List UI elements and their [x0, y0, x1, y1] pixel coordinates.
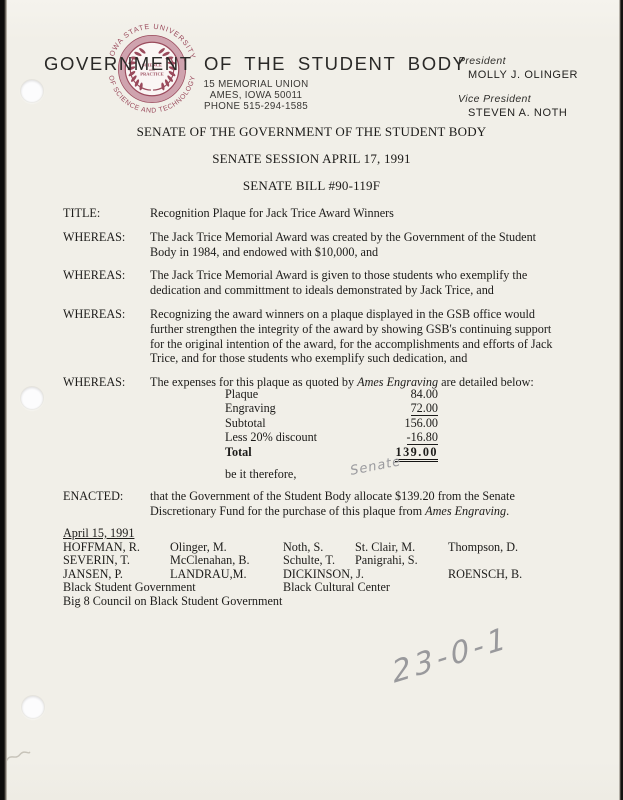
roll-call-name: [448, 554, 573, 568]
roll-call-name: McClenahan, B.: [170, 554, 283, 568]
clause-text-segment: Recognizing the award winners on a plaqu…: [150, 307, 553, 365]
scan-edge-right: [619, 0, 623, 800]
expense-label: Plaque: [225, 387, 258, 401]
expense-amount: 84.00: [411, 387, 438, 401]
roll-call-name: Noth, S.: [283, 541, 355, 555]
hole-punch: [22, 696, 44, 718]
roll-call-name: ROENSCH, B.: [448, 568, 573, 582]
clause-text-italic: Ames Engraving: [425, 504, 506, 518]
clause-text-segment: The Jack Trice Memorial Award was create…: [150, 230, 536, 259]
address-line: 15 MEMORIAL UNION: [190, 79, 322, 90]
clause-text: Recognizing the award winners on a plaqu…: [150, 307, 554, 366]
clause-row-whereas: WHEREAS: Recognizing the award winners o…: [63, 307, 559, 366]
clause-label: WHEREAS:: [63, 268, 150, 298]
president-name: MOLLY J. OLINGER: [468, 69, 578, 81]
enacted-clause: ENACTED: that the Government of the Stud…: [63, 489, 559, 519]
vice-president-name: STEVEN A. NOTH: [468, 107, 578, 119]
roll-call-name: LANDRAU,M.: [170, 568, 283, 582]
roll-call-org: Black Cultural Center: [283, 581, 573, 595]
clause-text: Recognition Plaque for Jack Trice Award …: [150, 206, 554, 221]
handwritten-vote-tally: 23-0-1: [390, 620, 512, 691]
clause-label: WHEREAS:: [63, 307, 150, 366]
clause-text: The Jack Trice Memorial Award was create…: [150, 230, 554, 260]
address-line: PHONE 515-294-1585: [190, 101, 322, 112]
expense-label: Subtotal: [225, 416, 266, 430]
clause-text-segment: are detailed below:: [438, 375, 534, 389]
roll-call-name: SEVERIN, T.: [63, 554, 170, 568]
expense-amount: 139.00: [395, 445, 438, 462]
doc-heading-bill-number: SENATE BILL #90-119F: [0, 178, 623, 194]
scan-edge-left: [0, 0, 7, 800]
expense-amount: 72.00: [411, 401, 438, 416]
clause-text: that the Government of the Student Body …: [150, 489, 554, 519]
roll-call-name: Schulte, T.: [283, 554, 355, 568]
clause-list: TITLE: Recognition Plaque for Jack Trice…: [63, 206, 559, 399]
clause-label: WHEREAS:: [63, 375, 150, 390]
vice-president-label: Vice President: [458, 93, 578, 105]
roll-call-org: Big 8 Council on Black Student Governmen…: [63, 595, 573, 609]
roll-call-name: [355, 568, 448, 582]
president-label: President: [458, 55, 578, 67]
pencil-squiggle-mark: [4, 748, 31, 764]
roll-call-name: Panigrahi, S.: [355, 554, 448, 568]
expense-amount: 156.00: [404, 416, 438, 430]
clause-label: WHEREAS:: [63, 230, 150, 260]
expense-row: Engraving 72.00: [225, 401, 438, 416]
roll-call-name: JANSEN, P.: [63, 568, 170, 582]
clause-row-whereas: WHEREAS: The Jack Trice Memorial Award i…: [63, 268, 559, 298]
organization-name: GOVERNMENT OF THE STUDENT BODY: [44, 53, 467, 75]
expense-row: Less 20% discount -16.80: [225, 430, 438, 445]
clause-text-segment: .: [506, 504, 509, 518]
clause-text: The Jack Trice Memorial Award is given t…: [150, 268, 554, 298]
hole-punch: [21, 80, 43, 102]
clause-label: TITLE:: [63, 206, 150, 221]
expense-amount: -16.80: [407, 430, 438, 445]
clause-label: ENACTED:: [63, 489, 150, 519]
expense-table: Plaque 84.00 Engraving 72.00 Subtotal 15…: [225, 387, 438, 462]
clause-row-title: TITLE: Recognition Plaque for Jack Trice…: [63, 206, 559, 221]
scanned-document-page: SCIENCE with PRACTICE IOWA STATE UNIVERS…: [0, 0, 623, 800]
roll-call-block: April 15, 1991 HOFFMAN, R. Olinger, M. N…: [63, 527, 573, 609]
roll-call-date: April 15, 1991: [63, 527, 573, 541]
clause-row-whereas: WHEREAS: The Jack Trice Memorial Award w…: [63, 230, 559, 260]
roll-call-name: Thompson, D.: [448, 541, 573, 555]
expense-row: Plaque 84.00: [225, 387, 438, 401]
expense-label: Less 20% discount: [225, 430, 317, 445]
roll-call-name: St. Clair, M.: [355, 541, 448, 555]
officers-block: President MOLLY J. OLINGER Vice Presiden…: [458, 55, 578, 119]
therefore-line: be it therefore,: [225, 467, 296, 482]
hole-punch: [21, 387, 43, 409]
roll-call-name: DICKINSON, J.: [283, 568, 355, 582]
clause-text-segment: The Jack Trice Memorial Award is given t…: [150, 268, 527, 297]
expense-row: Subtotal 156.00: [225, 416, 438, 430]
address-line: AMES, IOWA 50011: [190, 90, 322, 101]
expense-row-total: Total 139.00: [225, 445, 438, 462]
expense-label: Engraving: [225, 401, 276, 416]
roll-call-org: Black Student Government: [63, 581, 283, 595]
roll-call-name: Olinger, M.: [170, 541, 283, 555]
clause-text-segment: Recognition Plaque for Jack Trice Award …: [150, 206, 394, 220]
roll-call-name: HOFFMAN, R.: [63, 541, 170, 555]
letterhead-address: 15 MEMORIAL UNION AMES, IOWA 50011 PHONE…: [190, 79, 322, 113]
expense-label: Total: [225, 445, 252, 462]
doc-heading-senate: SENATE OF THE GOVERNMENT OF THE STUDENT …: [0, 124, 623, 140]
doc-heading-session: SENATE SESSION APRIL 17, 1991: [0, 151, 623, 167]
